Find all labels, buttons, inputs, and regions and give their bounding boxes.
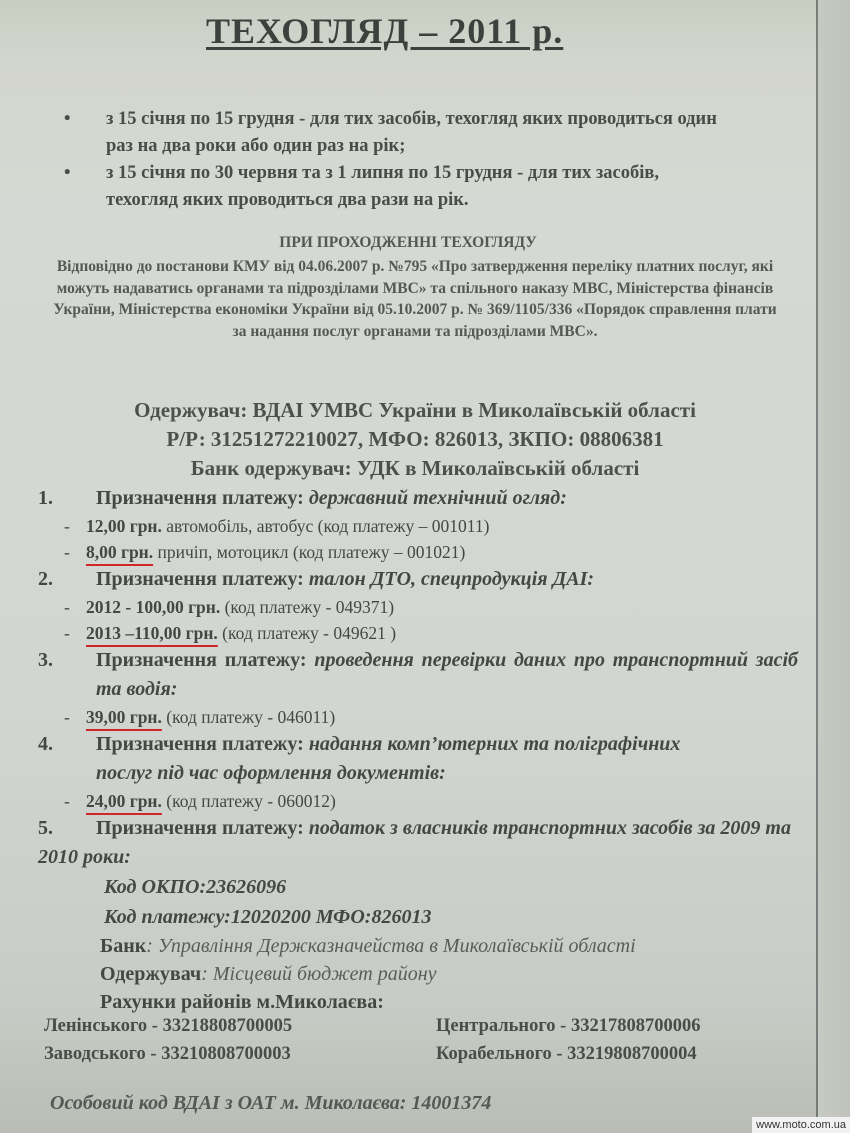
- section-purpose: державний технічний огляд:: [309, 487, 567, 509]
- fee-description: причіп, мотоцикл (код платежу – 001021): [153, 542, 465, 562]
- tax-bank-value: : Управління Держказначейства в Миколаїв…: [146, 935, 635, 957]
- fee-description: (код платежу - 049371): [220, 597, 394, 617]
- fee-amount: 12,00 грн.: [86, 516, 162, 536]
- bullet-icon: •: [64, 106, 70, 133]
- section-4-heading: 4.Призначення платежу: надання комп’ютер…: [38, 730, 798, 788]
- fee-description: (код платежу - 049621 ): [218, 623, 396, 643]
- dash-icon: -: [64, 513, 86, 539]
- section-number: 1.: [38, 484, 96, 513]
- bullet-icon: •: [64, 160, 70, 187]
- section-label: Призначення платежу:: [96, 733, 304, 755]
- section-number: 2.: [38, 565, 96, 594]
- list-item: • з 15 січня по 15 грудня - для тих засо…: [58, 106, 718, 160]
- payment-sections: 1.Призначення платежу: державний технічн…: [38, 484, 798, 1016]
- section-label: Призначення платежу:: [96, 817, 304, 839]
- tax-receiver: Одержувач: Місцевий бюджет району: [38, 960, 798, 988]
- legal-basis-text: Відповідно до постанови КМУ від 04.06.20…: [50, 256, 780, 342]
- frame-edge: [818, 0, 850, 1133]
- account-entry: Заводського - 33210808700003: [44, 1040, 436, 1068]
- tax-bank-label: Банк: [100, 935, 146, 957]
- section-label: Призначення платежу:: [96, 487, 304, 509]
- fee-item: -24,00 грн. (код платежу - 060012): [38, 788, 798, 814]
- section-number: 3.: [38, 646, 96, 704]
- fee-description: (код платежу - 060012): [162, 791, 336, 811]
- account-entry: Ленінського - 33218808700005: [44, 1012, 436, 1040]
- section-1-heading: 1.Призначення платежу: державний технічн…: [38, 484, 798, 513]
- dash-icon: -: [64, 704, 86, 730]
- accounts-row: Ленінського - 33218808700005 Центральног…: [44, 1012, 804, 1040]
- recipient-name: Одержувач: ВДАІ УМВС України в Миколаївс…: [40, 396, 790, 425]
- fee-item: -8,00 грн. причіп, мотоцикл (код платежу…: [38, 539, 798, 565]
- fee-item: -39,00 грн. (код платежу - 046011): [38, 704, 798, 730]
- recipient-block: Одержувач: ВДАІ УМВС України в Миколаївс…: [40, 396, 790, 483]
- schedule-text: з 15 січня по 15 грудня - для тих засобі…: [106, 109, 717, 156]
- section-label: Призначення платежу:: [96, 568, 304, 590]
- tax-bank: Банк: Управління Держказначейства в Мико…: [38, 932, 798, 960]
- fee-item: -2013 –110,00 грн. (код платежу - 049621…: [38, 620, 798, 646]
- payment-code: Код платежу:12020200 МФО:826013: [38, 902, 798, 932]
- account-entry: Центрального - 33217808700006: [436, 1012, 700, 1040]
- section-3-heading: 3.Призначення платежу: проведення переві…: [38, 646, 798, 704]
- page-title: ТЕХОГЛЯД – 2011 р.: [206, 10, 563, 52]
- frame-line: [816, 0, 818, 1133]
- fee-amount: 2012 - 100,00 грн.: [86, 597, 220, 617]
- recipient-bank: Банк одержувач: УДК в Миколаївській обла…: [40, 454, 790, 483]
- personal-code-footer: Особовий код ВДАІ з ОАТ м. Миколаєва: 14…: [50, 1092, 491, 1115]
- tax-receiver-label: Одержувач: [100, 963, 201, 985]
- section-number: 5.: [38, 814, 96, 843]
- section-number: 4.: [38, 730, 96, 788]
- accounts-row: Заводського - 33210808700003 Корабельног…: [44, 1040, 804, 1068]
- dash-icon: -: [64, 539, 86, 565]
- accounts-heading-text: Рахунки районів м.Миколаєва:: [100, 991, 384, 1013]
- section-heading: ПРИ ПРОХОДЖЕННІ ТЕХОГЛЯДУ: [0, 234, 816, 252]
- fee-item: -12,00 грн. автомобіль, автобус (код пла…: [38, 513, 798, 539]
- schedule-text: з 15 січня по 30 червня та з 1 липня по …: [106, 163, 659, 210]
- schedule-list: • з 15 січня по 15 грудня - для тих засо…: [58, 106, 718, 214]
- section-5-heading: 5.Призначення платежу: податок з власник…: [38, 814, 798, 872]
- section-purpose: талон ДТО, спецпродукція ДАІ:: [309, 568, 594, 590]
- fee-item: -2012 - 100,00 грн. (код платежу - 04937…: [38, 594, 798, 620]
- account-entry: Корабельного - 33219808700004: [436, 1040, 697, 1068]
- list-item: • з 15 січня по 30 червня та з 1 липня п…: [58, 160, 718, 214]
- recipient-account: Р/Р: 31251272210027, МФО: 826013, ЗКПО: …: [40, 425, 790, 454]
- notice-sheet: ТЕХОГЛЯД – 2011 р. • з 15 січня по 15 гр…: [0, 0, 816, 1133]
- fee-description: автомобіль, автобус (код платежу – 00101…: [162, 516, 490, 536]
- fee-amount-highlighted: 2013 –110,00 грн.: [86, 623, 218, 643]
- section-2-heading: 2.Призначення платежу: талон ДТО, спецпр…: [38, 565, 798, 594]
- fee-description: (код платежу - 046011): [162, 707, 335, 727]
- dash-icon: -: [64, 788, 86, 814]
- fee-amount-highlighted: 39,00 грн.: [86, 707, 162, 727]
- watermark: www.moto.com.ua: [752, 1117, 850, 1133]
- fee-amount-highlighted: 24,00 грн.: [86, 791, 162, 811]
- dash-icon: -: [64, 594, 86, 620]
- okpo-code: Код ОКПО:23626096: [38, 872, 798, 902]
- section-label: Призначення платежу:: [96, 649, 307, 671]
- tax-receiver-value: : Місцевий бюджет району: [201, 963, 436, 985]
- district-accounts: Ленінського - 33218808700005 Центральног…: [44, 1012, 804, 1068]
- fee-amount-highlighted: 8,00 грн.: [86, 542, 153, 562]
- dash-icon: -: [64, 620, 86, 646]
